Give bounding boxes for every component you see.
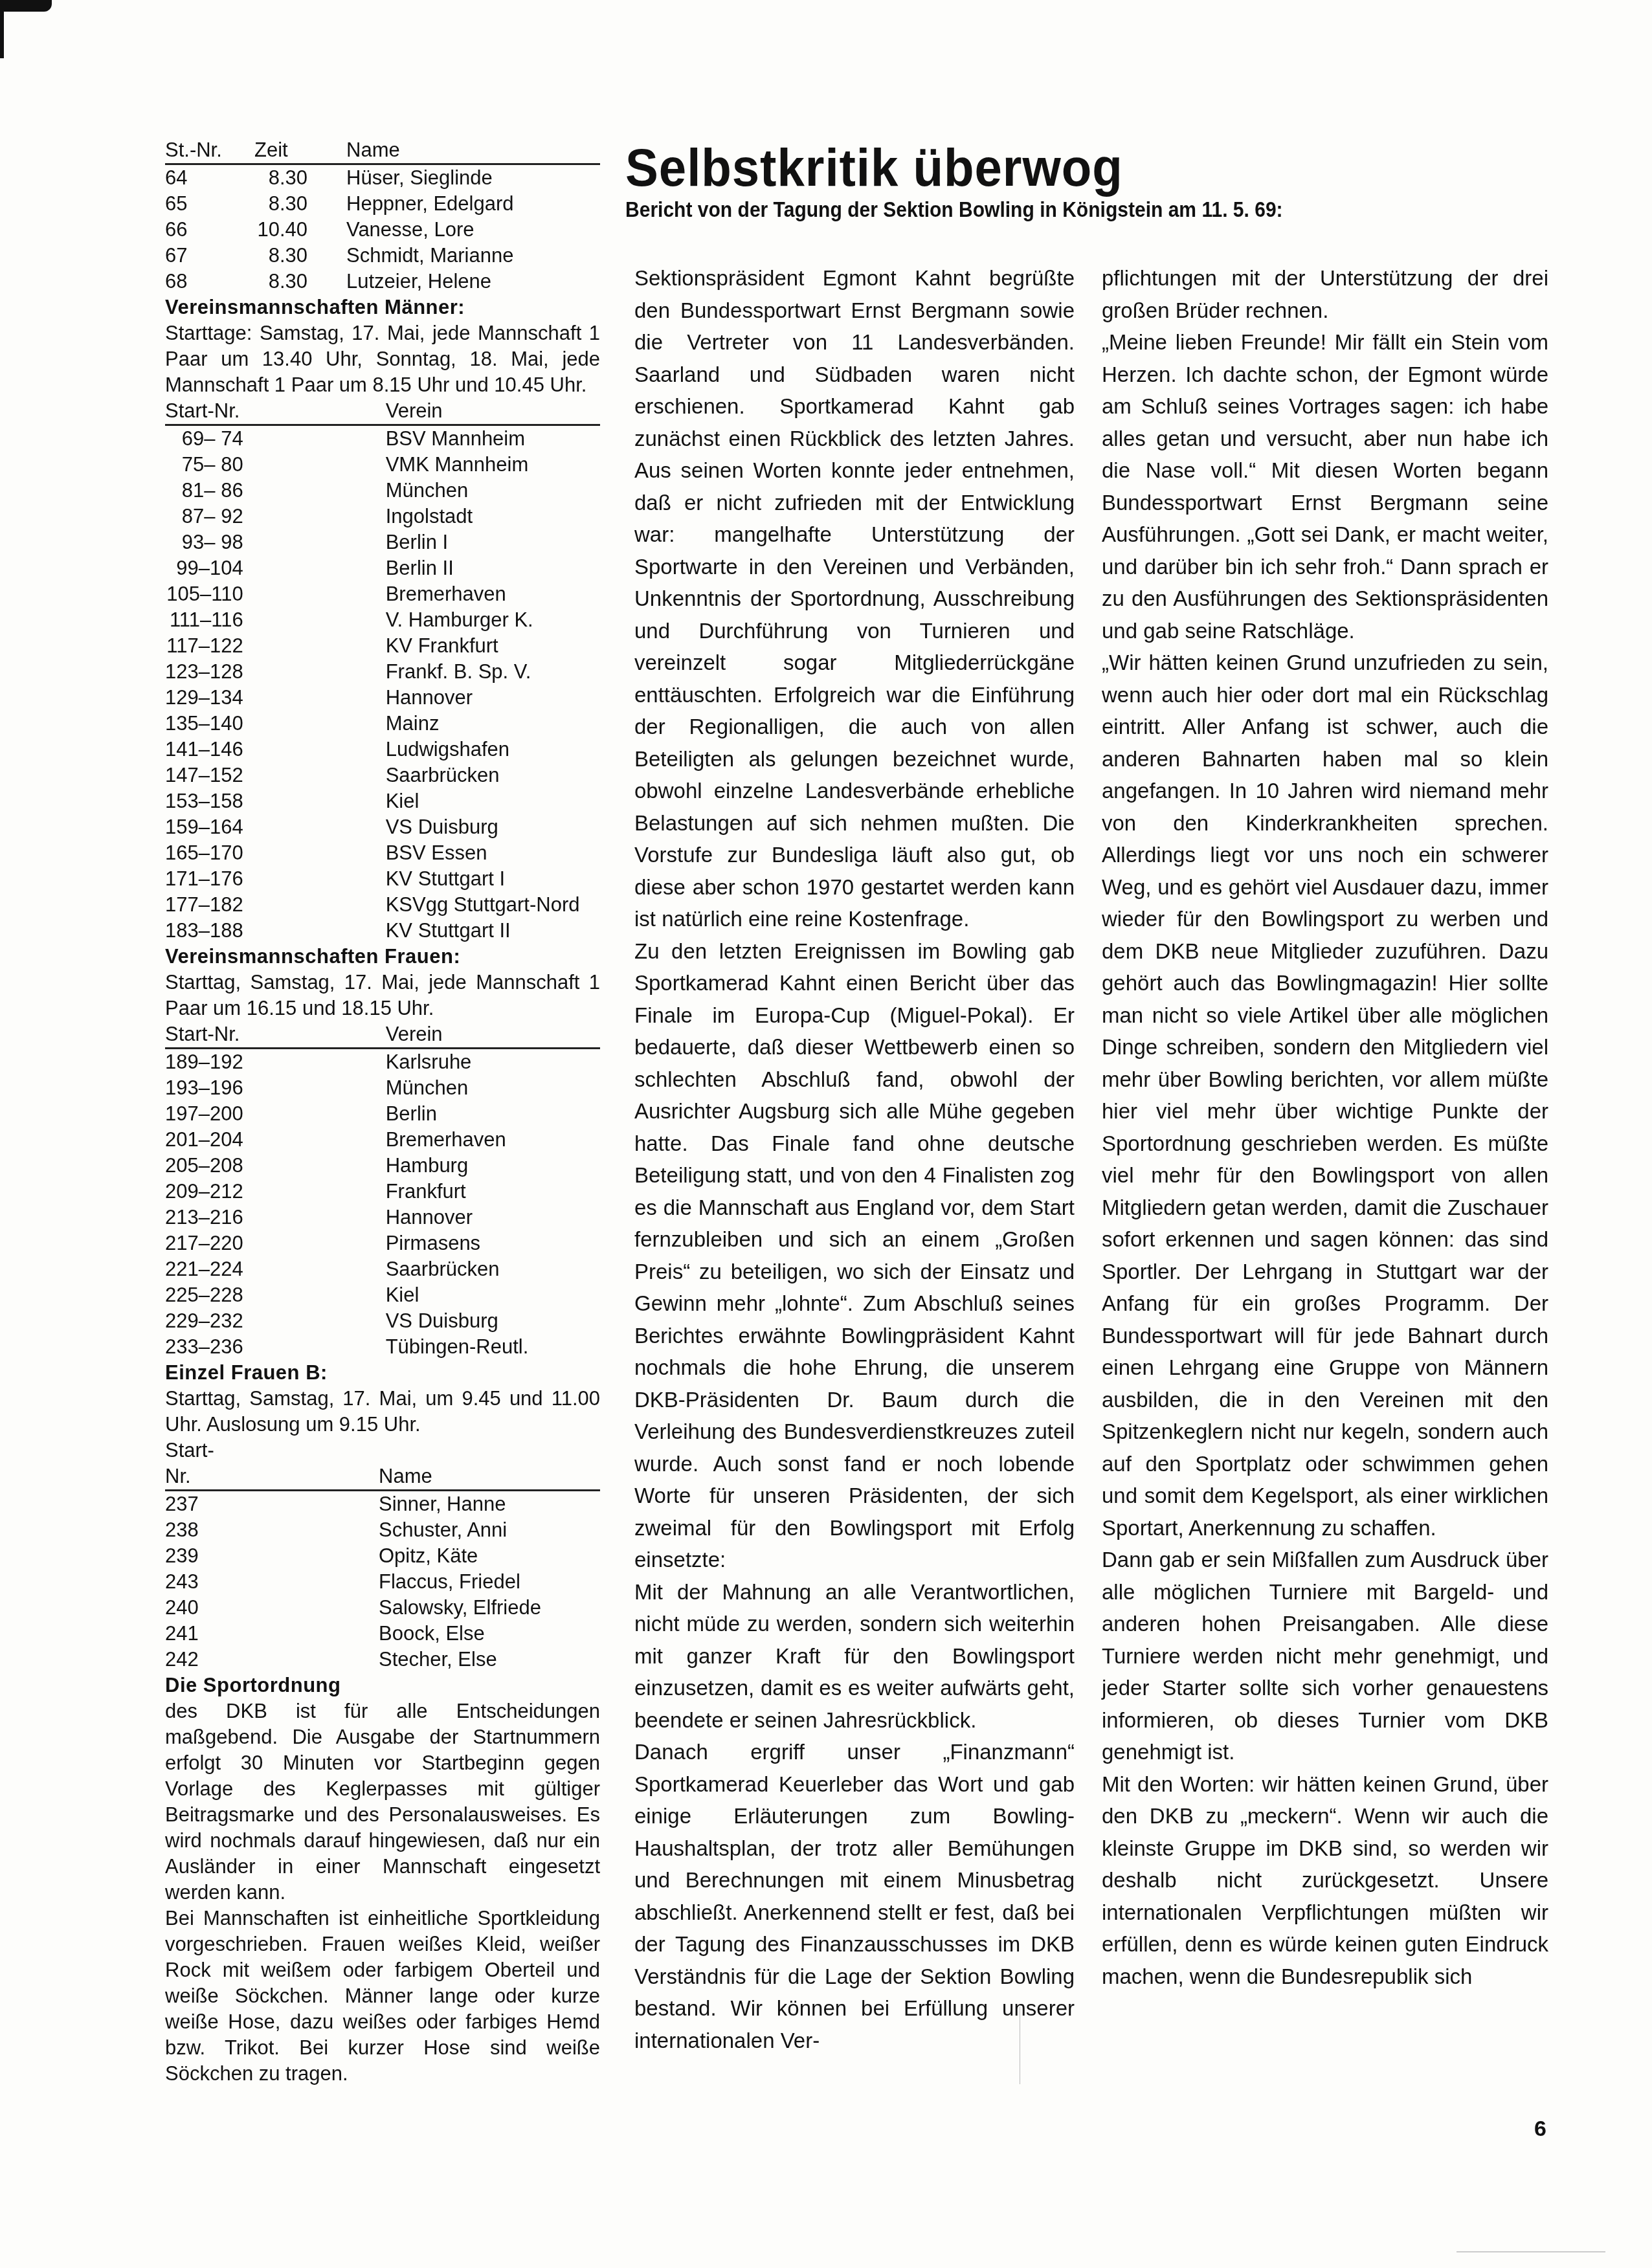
article-paragraph: Zu den letzten Ereignissen im Bowling ga… [634, 935, 1075, 1576]
col-header-zeit: Zeit [230, 137, 346, 164]
page-number: 6 [1534, 2117, 1546, 2142]
article-headline: Selbstkritik überwog [625, 136, 1123, 201]
table-row: 241Boock, Else [165, 1621, 600, 1647]
table-row: 243Flaccus, Friedel [165, 1569, 600, 1595]
col-header-verein: Verein [243, 398, 600, 425]
table-row: 229–232VS Duisburg [165, 1308, 600, 1334]
start-number-cell: 229–232 [165, 1308, 243, 1334]
start-number-cell: 171–176 [165, 866, 243, 892]
entry-cell: Flaccus, Friedel [236, 1569, 600, 1595]
article-column-2: pflichtungen mit der Unterstützung der d… [1102, 262, 1548, 1992]
table-row: 225–228Kiel [165, 1282, 600, 1308]
entry-cell: Bremerhaven [243, 1127, 600, 1153]
entry-cell: Mainz [243, 711, 600, 737]
table-row: 658.30Heppner, Edelgard [165, 191, 600, 217]
entry-cell: Saarbrücken [243, 762, 600, 788]
table-row: 213–216Hannover [165, 1205, 600, 1230]
start-number-cell: 217–220 [165, 1230, 243, 1256]
men-teams-table: Start-Nr. Verein 69– 74BSV Mannheim75– 8… [165, 398, 600, 944]
entry-cell: Ingolstadt [243, 504, 600, 529]
start-number-cell: 243 [165, 1569, 236, 1595]
single-women-table: Start-Nr. Name 237Sinner, Hanne238Schust… [165, 1438, 600, 1673]
article-column-1: Sektionspräsident Egmont Kahnt begrüßte … [634, 262, 1075, 2056]
entry-cell: Hamburg [243, 1153, 600, 1179]
entry-cell: Bremerhaven [243, 581, 600, 607]
table-row: 183–188KV Stuttgart II [165, 918, 600, 944]
start-number-cell: 201–204 [165, 1127, 243, 1153]
table-row: 205–208Hamburg [165, 1153, 600, 1179]
table-row: 6610.40Vanesse, Lore [165, 217, 600, 243]
start-number-cell: 239 [165, 1543, 236, 1569]
col-header-start-nr: Start-Nr. [165, 1021, 243, 1049]
table-row: 189–192Karlsruhe [165, 1049, 600, 1076]
entry-cell: Stecher, Else [236, 1647, 600, 1673]
entry-cell: Saarbrücken [243, 1256, 600, 1282]
entry-cell: Sinner, Hanne [236, 1491, 600, 1518]
sportordnung-heading: Die Sportordnung [165, 1673, 600, 1698]
col-header-start-nr: Start-Nr. [165, 398, 243, 425]
entry-cell: Kiel [243, 1282, 600, 1308]
table-row: 141–146Ludwigshafen [165, 737, 600, 762]
entry-cell: Tübingen-Reutl. [243, 1334, 600, 1360]
entry-cell: Hannover [243, 685, 600, 711]
article-paragraph: Sektionspräsident Egmont Kahnt begrüßte … [634, 262, 1075, 935]
col-header-start-nr: Start-Nr. [165, 1438, 236, 1491]
men-teams-heading: Vereinsmannschaften Männer: [165, 295, 600, 320]
individual-start-table: St.-Nr. Zeit Name 648.30Hüser, Sieglinde… [165, 137, 600, 295]
start-number-cell: 69– 74 [165, 425, 243, 452]
name-cell: Heppner, Edelgard [346, 191, 600, 217]
table-row: 87– 92Ingolstadt [165, 504, 600, 529]
article-paragraph: Dann gab er sein Mißfallen zum Ausdruck … [1102, 1544, 1548, 1768]
entry-cell: Salowsky, Elfriede [236, 1595, 600, 1621]
start-number-cell: 183–188 [165, 918, 243, 944]
sportordnung-paragraph-1: des DKB ist für alle Entscheidungen maßg… [165, 1698, 600, 1906]
women-teams-table: Start-Nr. Verein 189–192Karlsruhe193–196… [165, 1021, 600, 1360]
article-paragraph: pflichtungen mit der Unterstützung der d… [1102, 262, 1548, 326]
entry-cell: KV Frankfurt [243, 633, 600, 659]
table-row: 177–182KSVgg Stuttgart-Nord [165, 892, 600, 918]
start-number-cell: 209–212 [165, 1179, 243, 1205]
start-number-cell: 189–192 [165, 1049, 243, 1076]
start-number-cell: 221–224 [165, 1256, 243, 1282]
start-number-cell: 147–152 [165, 762, 243, 788]
table-row: 105–110Bremerhaven [165, 581, 600, 607]
table-row: 135–140Mainz [165, 711, 600, 737]
entry-cell: Berlin [243, 1101, 600, 1127]
table-row: 239Opitz, Käte [165, 1543, 600, 1569]
entry-cell: Berlin I [243, 529, 600, 555]
single-women-heading: Einzel Frauen B: [165, 1360, 600, 1386]
entry-cell: KV Stuttgart II [243, 918, 600, 944]
article-paragraph: „Wir hätten keinen Grund unzufrieden zu … [1102, 647, 1548, 1544]
entry-cell: KV Stuttgart I [243, 866, 600, 892]
entry-cell: KSVgg Stuttgart-Nord [243, 892, 600, 918]
table-row: 99–104Berlin II [165, 555, 600, 581]
time-cell: 8.30 [230, 164, 346, 192]
start-number-cell: 193–196 [165, 1075, 243, 1101]
col-header-name: Name [236, 1438, 600, 1491]
start-number-cell: 177–182 [165, 892, 243, 918]
col-header-verein: Verein [243, 1021, 600, 1049]
entry-cell: Frankf. B. Sp. V. [243, 659, 600, 685]
start-number-cell: 225–228 [165, 1282, 243, 1308]
table-row: 678.30Schmidt, Marianne [165, 243, 600, 269]
col-header-st-nr: St.-Nr. [165, 137, 230, 164]
table-row: 93– 98Berlin I [165, 529, 600, 555]
table-row: 237Sinner, Hanne [165, 1491, 600, 1518]
start-number-cell: 117–122 [165, 633, 243, 659]
start-number-cell: 64 [165, 164, 230, 192]
entry-cell: Pirmasens [243, 1230, 600, 1256]
scan-footer-artifact [1457, 2251, 1605, 2252]
name-cell: Vanesse, Lore [346, 217, 600, 243]
fold-mark [1020, 2007, 1020, 2084]
table-row: 153–158Kiel [165, 788, 600, 814]
col-header-name: Name [346, 137, 600, 164]
start-number-cell: 205–208 [165, 1153, 243, 1179]
women-teams-heading: Vereinsmannschaften Frauen: [165, 944, 600, 970]
entry-cell: Karlsruhe [243, 1049, 600, 1076]
entry-cell: VS Duisburg [243, 1308, 600, 1334]
table-row: 165–170BSV Essen [165, 840, 600, 866]
start-number-cell: 165–170 [165, 840, 243, 866]
start-number-cell: 81– 86 [165, 478, 243, 504]
entry-cell: Berlin II [243, 555, 600, 581]
scan-edge-artifact [0, 0, 4, 58]
start-number-cell: 67 [165, 243, 230, 269]
entry-cell: BSV Mannheim [243, 425, 600, 452]
entry-cell: VMK Mannheim [243, 452, 600, 478]
entry-cell: Kiel [243, 788, 600, 814]
start-number-cell: 111–116 [165, 607, 243, 633]
table-row: 123–128Frankf. B. Sp. V. [165, 659, 600, 685]
start-number-cell: 241 [165, 1621, 236, 1647]
table-row: 171–176KV Stuttgart I [165, 866, 600, 892]
table-row: 688.30Lutzeier, Helene [165, 269, 600, 295]
article-paragraph: Danach ergriff unser „Finanzmann“ Sportk… [634, 1736, 1075, 2056]
start-number-cell: 68 [165, 269, 230, 295]
table-row: 159–164VS Duisburg [165, 814, 600, 840]
table-row: 193–196München [165, 1075, 600, 1101]
table-row: 111–116V. Hamburger K. [165, 607, 600, 633]
name-cell: Schmidt, Marianne [346, 243, 600, 269]
entry-cell: BSV Essen [243, 840, 600, 866]
table-row: 217–220Pirmasens [165, 1230, 600, 1256]
table-row: 75– 80VMK Mannheim [165, 452, 600, 478]
start-lists-column: St.-Nr. Zeit Name 648.30Hüser, Sieglinde… [165, 137, 600, 2087]
table-row: 69– 74BSV Mannheim [165, 425, 600, 452]
start-number-cell: 197–200 [165, 1101, 243, 1127]
start-number-cell: 65 [165, 191, 230, 217]
table-row: 648.30Hüser, Sieglinde [165, 164, 600, 192]
scan-corner-artifact [0, 0, 52, 12]
table-row: 238Schuster, Anni [165, 1517, 600, 1543]
start-number-cell: 93– 98 [165, 529, 243, 555]
start-number-cell: 141–146 [165, 737, 243, 762]
table-row: 201–204Bremerhaven [165, 1127, 600, 1153]
time-cell: 8.30 [230, 269, 346, 295]
start-number-cell: 129–134 [165, 685, 243, 711]
entry-cell: Hannover [243, 1205, 600, 1230]
article-paragraph: Mit den Worten: wir hätten keinen Grund,… [1102, 1768, 1548, 1993]
start-number-cell: 66 [165, 217, 230, 243]
men-teams-schedule: Starttage: Samstag, 17. Mai, jede Mannsc… [165, 320, 600, 398]
table-row: 240Salowsky, Elfriede [165, 1595, 600, 1621]
start-number-cell: 242 [165, 1647, 236, 1673]
table-row: 147–152Saarbrücken [165, 762, 600, 788]
start-number-cell: 233–236 [165, 1334, 243, 1360]
start-number-cell: 153–158 [165, 788, 243, 814]
name-cell: Lutzeier, Helene [346, 269, 600, 295]
time-cell: 8.30 [230, 191, 346, 217]
entry-cell: VS Duisburg [243, 814, 600, 840]
table-row: 221–224Saarbrücken [165, 1256, 600, 1282]
start-number-cell: 240 [165, 1595, 236, 1621]
table-row: 117–122KV Frankfurt [165, 633, 600, 659]
women-teams-schedule: Starttag, Samstag, 17. Mai, jede Mannsch… [165, 970, 600, 1021]
table-row: 129–134Hannover [165, 685, 600, 711]
table-row: 197–200Berlin [165, 1101, 600, 1127]
start-number-cell: 75– 80 [165, 452, 243, 478]
entry-cell: München [243, 478, 600, 504]
name-cell: Hüser, Sieglinde [346, 164, 600, 192]
start-number-cell: 159–164 [165, 814, 243, 840]
article-subheadline: Bericht von der Tagung der Sektion Bowli… [625, 195, 1283, 224]
time-cell: 8.30 [230, 243, 346, 269]
entry-cell: Opitz, Käte [236, 1543, 600, 1569]
entry-cell: V. Hamburger K. [243, 607, 600, 633]
entry-cell: Schuster, Anni [236, 1517, 600, 1543]
start-number-cell: 135–140 [165, 711, 243, 737]
single-women-schedule: Starttag, Samstag, 17. Mai, um 9.45 und … [165, 1386, 600, 1438]
start-number-cell: 237 [165, 1491, 236, 1518]
start-number-cell: 123–128 [165, 659, 243, 685]
table-row: 209–212Frankfurt [165, 1179, 600, 1205]
entry-cell: Boock, Else [236, 1621, 600, 1647]
table-row: 81– 86München [165, 478, 600, 504]
start-number-cell: 87– 92 [165, 504, 243, 529]
start-number-cell: 99–104 [165, 555, 243, 581]
start-number-cell: 213–216 [165, 1205, 243, 1230]
table-row: 233–236Tübingen-Reutl. [165, 1334, 600, 1360]
start-number-cell: 105–110 [165, 581, 243, 607]
time-cell: 10.40 [230, 217, 346, 243]
table-row: 242Stecher, Else [165, 1647, 600, 1673]
sportordnung-paragraph-2: Bei Mannschaften ist einheitliche Sportk… [165, 1906, 600, 2087]
article-paragraph: „Meine lieben Freunde! Mir fällt ein Ste… [1102, 326, 1548, 647]
entry-cell: Ludwigshafen [243, 737, 600, 762]
article-paragraph: Mit der Mahnung an alle Verantwortlichen… [634, 1576, 1075, 1737]
entry-cell: Frankfurt [243, 1179, 600, 1205]
start-number-cell: 238 [165, 1517, 236, 1543]
entry-cell: München [243, 1075, 600, 1101]
